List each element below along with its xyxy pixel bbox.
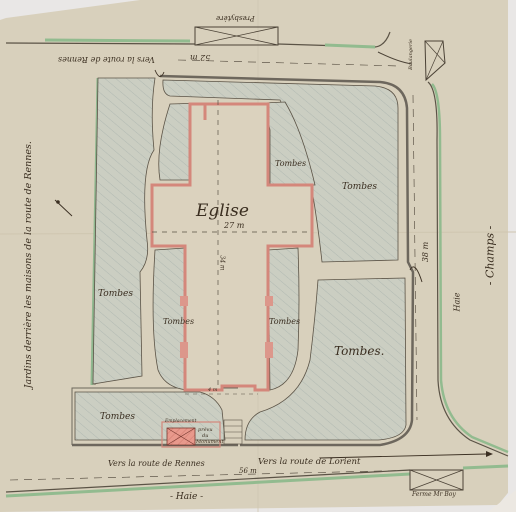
east-dimension: 38 m [422,242,430,262]
graves-label-small-ne: Tombes [275,160,306,168]
north-dimension: 52 m [190,53,210,61]
graves-label-center-left: Tombes [163,318,194,326]
hedge-east-label: Haie [454,292,462,311]
monument-label-4: Monument [196,440,224,445]
monument-label-1: Emplacement [165,420,196,425]
fields-east-label: - Champs - [484,226,495,286]
graves-label-west: Tombes [98,290,133,299]
road-southwest-label: Vers la route de Rennes [108,460,205,468]
farm-label: Ferme Mr Boy [412,492,456,498]
graves-label-center-right: Tombes [269,318,300,326]
church-label: Eglise [196,203,249,220]
door-dimension: 4 m [208,388,218,393]
church-width-dim: 27 m [224,222,244,230]
cemetery-site-plan: Eglise 27 m 34 m Tombes Tombes Tombes To… [0,0,516,512]
graves-label-southwest: Tombes [100,413,135,422]
plan-drawing [0,0,516,512]
road-southeast-label: Vers la route de Lorient [258,458,360,467]
church-length-dim: 34 m [219,255,225,270]
gardens-west-label: Jardins derrière les maisons de la route… [24,141,34,388]
graves-label-ne: Tombes [342,183,377,192]
bakery-label: Boulangerie [409,39,414,70]
south-dimension: 56 m [239,468,257,475]
hedge-south-label: - Haie - [170,493,203,502]
road-north-label: Vers la route de Rennes [58,55,155,63]
presbytere-label: Presbytère [216,14,255,21]
graves-label-southeast: Tombes. [334,345,384,357]
